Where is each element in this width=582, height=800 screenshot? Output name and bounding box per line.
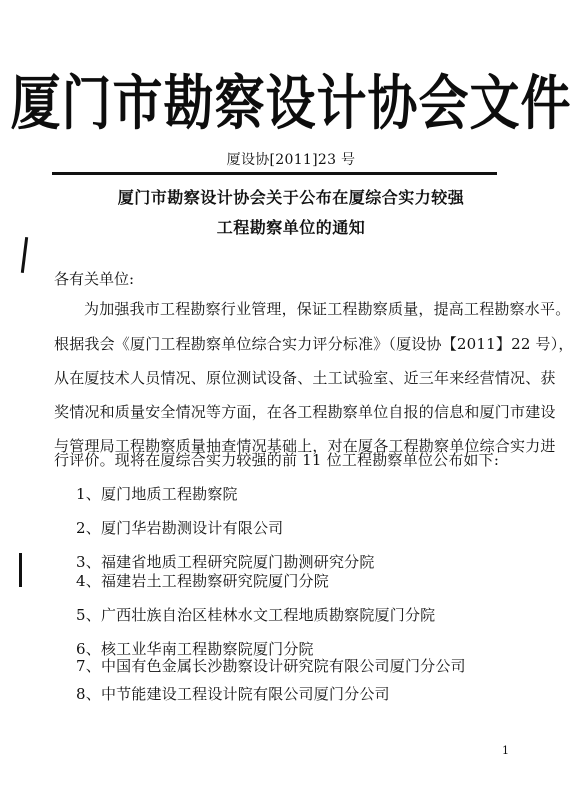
header-divider-rule (52, 172, 497, 175)
list-item: 3、福建省地质工程研究院厦门勘测研究分院 (76, 551, 375, 572)
list-item: 5、广西壮族自治区桂林水文工程地质勘察院厦门分院 (76, 604, 435, 625)
list-item: 7、中国有色金属长沙勘察设计研究院有限公司厦门分公司 (76, 655, 466, 676)
notice-title-line-2: 工程勘察单位的通知 (0, 215, 582, 238)
page-number: 1 (502, 744, 509, 757)
list-item: 8、中节能建设工程设计院有限公司厦门分公司 (76, 683, 390, 704)
body-paragraph-line: 奖情况和质量安全情况等方面，在各工程勘察单位自报的信息和厦门市建设 (54, 401, 556, 422)
body-paragraph-line: 根据我会《厦门工程勘察单位综合实力评分标准》（厦设协【2011】22 号）， (54, 333, 574, 354)
margin-pen-mark-bottom (19, 553, 22, 587)
notice-title-line-1: 厦门市勘察设计协会关于公布在厦综合实力较强 (0, 185, 582, 208)
body-paragraph-line: 从在厦技术人员情况、原位测试设备、土工试验室、近三年来经营情况、获 (54, 367, 556, 388)
margin-pen-mark-top (21, 237, 28, 273)
document-number: 厦设协[2011]23 号 (0, 149, 582, 169)
body-paragraph-line: 为加强我市工程勘察行业管理，保证工程勘察质量，提高工程勘察水平。 (84, 298, 570, 319)
list-item: 4、福建岩土工程勘察研究院厦门分院 (76, 570, 329, 591)
salutation: 各有关单位: (54, 268, 134, 289)
body-paragraph-line: 行评价。现将在厦综合实力较强的前 11 位工程勘察单位公布如下: (54, 449, 499, 470)
list-item: 2、厦门华岩勘测设计有限公司 (76, 517, 283, 538)
document-masthead: 厦门市勘察设计协会文件 (0, 74, 582, 133)
list-item: 1、厦门地质工程勘察院 (76, 483, 238, 504)
